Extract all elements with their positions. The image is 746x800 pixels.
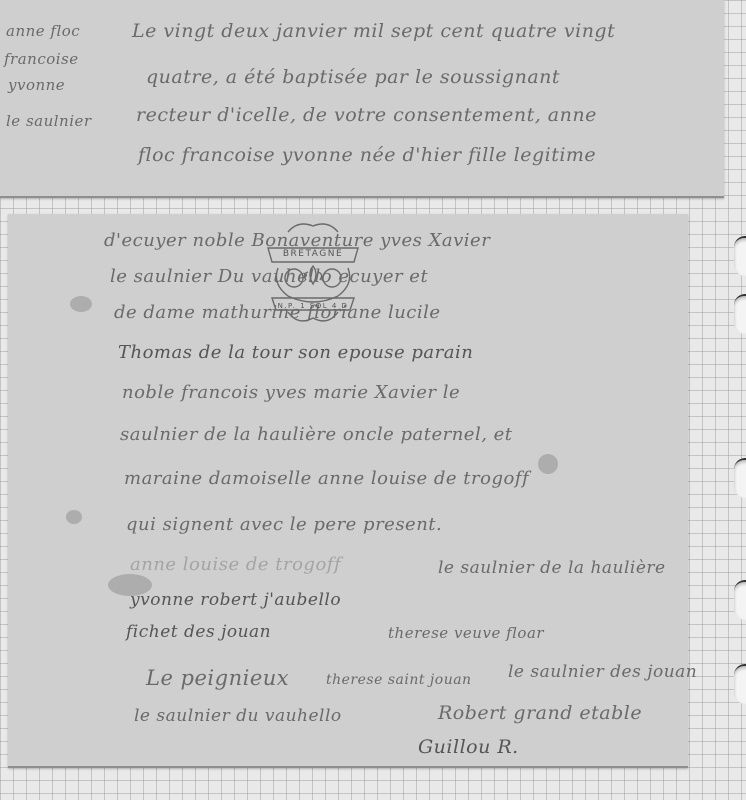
binder-hole	[734, 580, 746, 620]
record-line: anne louise de trogoff	[130, 554, 341, 575]
record-line: Thomas de la tour son epouse parain	[118, 342, 473, 363]
ink-blot	[70, 296, 92, 312]
ink-blot	[66, 510, 82, 524]
binder-hole	[734, 458, 746, 498]
stamp-top-text: BRETAGNE	[258, 249, 368, 259]
signature: Robert grand etable	[438, 702, 642, 724]
margin-note-line: yvonne	[8, 76, 65, 94]
signature: le saulnier de la haulière	[438, 558, 666, 578]
record-line: recteur d'icelle, de votre consentement,…	[136, 104, 597, 126]
binder-hole	[734, 294, 746, 334]
signature: le saulnier du vauhello	[134, 706, 342, 726]
record-line: maraine damoiselle anne louise de trogof…	[124, 468, 529, 489]
margin-note-line: francoise	[4, 50, 79, 68]
record-line: floc francoise yvonne née d'hier fille l…	[138, 144, 596, 166]
ink-blot	[538, 454, 558, 474]
top-document-fragment: anne floc francoise yvonne le saulnier L…	[0, 0, 724, 198]
record-line: qui signent avec le pere present.	[126, 514, 442, 535]
signature: yvonne robert j'aubello	[130, 590, 341, 610]
signature: Le peignieux	[146, 666, 289, 690]
signature: le saulnier des jouan	[508, 662, 697, 682]
record-line: noble francois yves marie Xavier le	[122, 382, 460, 403]
signature: therese veuve floar	[388, 624, 544, 642]
record-line: Le vingt deux janvier mil sept cent quat…	[132, 20, 615, 42]
signature: fichet des jouan	[126, 622, 271, 642]
record-line: saulnier de la haulière oncle paternel, …	[120, 424, 513, 445]
signature: Guillou R.	[418, 736, 519, 758]
signature: therese saint jouan	[326, 672, 472, 688]
binder-hole	[734, 236, 746, 276]
record-line: quatre, a été baptisée par le soussignan…	[146, 66, 560, 88]
binder-hole	[734, 664, 746, 704]
margin-note-line: le saulnier	[6, 112, 92, 130]
stamp-bottom-text: N.P. 1 SOL 4 D	[258, 302, 368, 310]
bretagne-tax-stamp: BRETAGNE N.P. 1 SOL 4 D	[258, 218, 368, 326]
margin-note-line: anne floc	[6, 22, 80, 40]
